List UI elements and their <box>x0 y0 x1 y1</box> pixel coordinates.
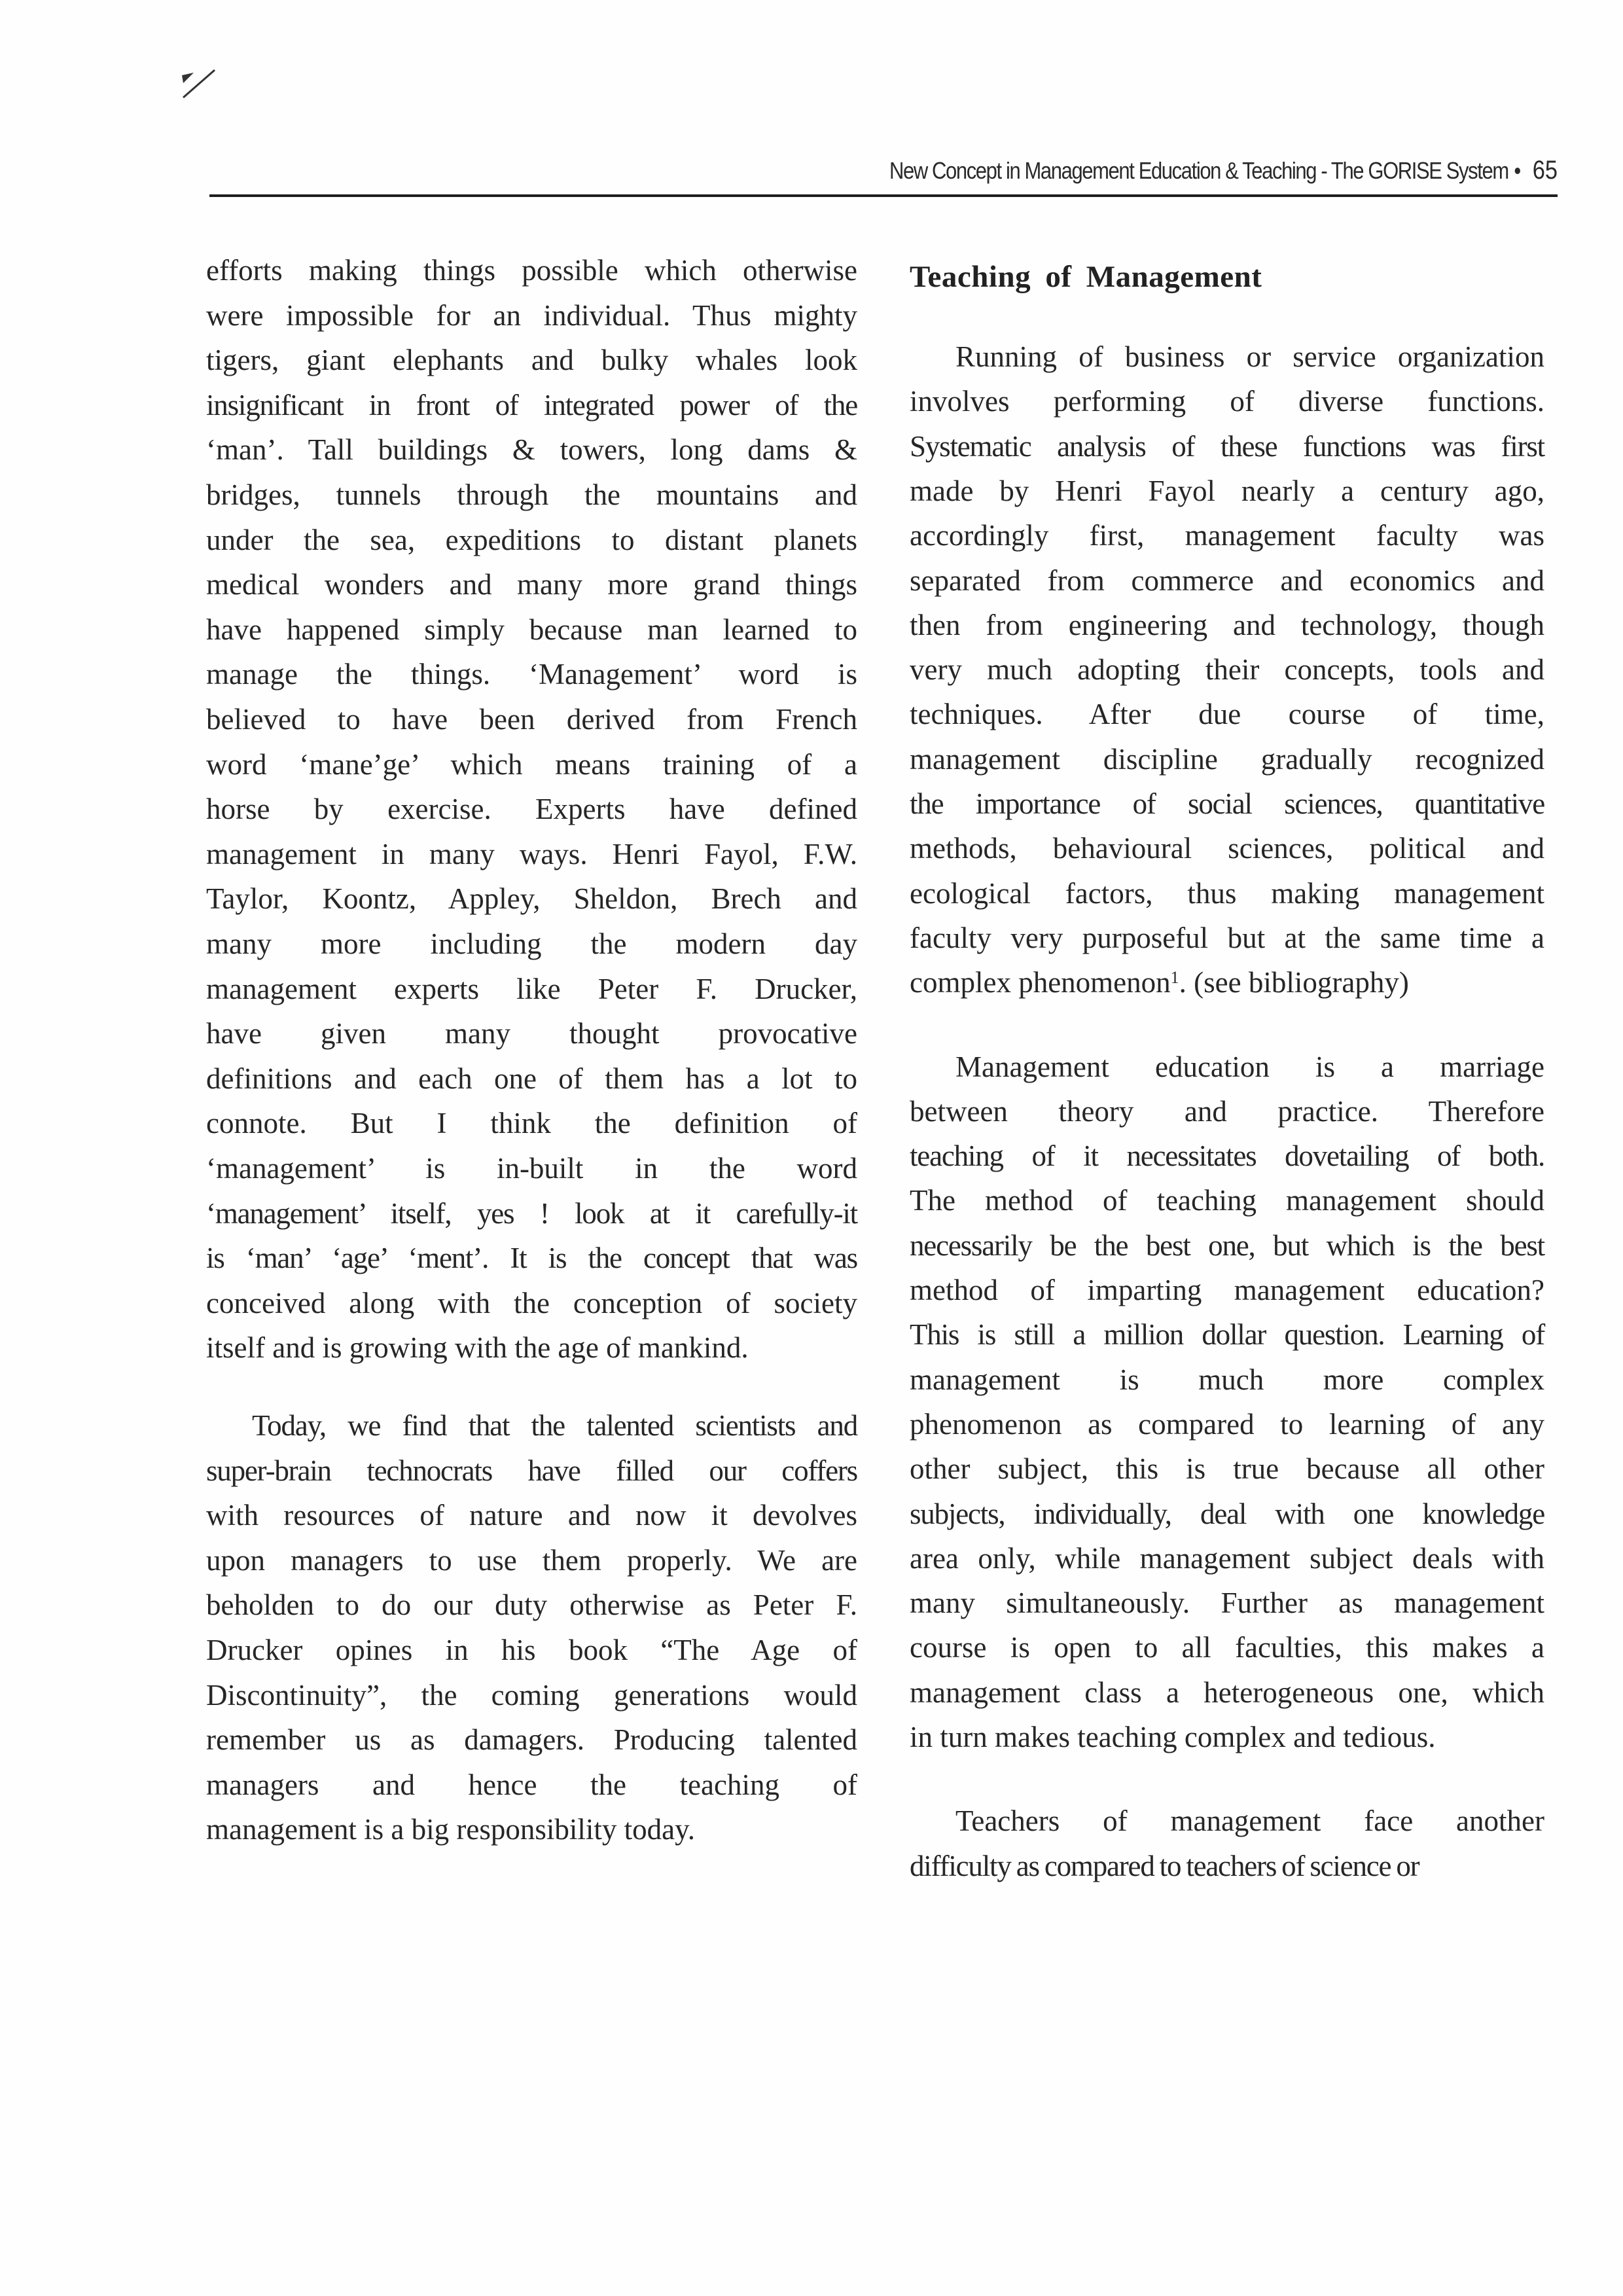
text-line: management experts like Peter F. Drucker… <box>206 969 857 1009</box>
text-line: were impossible for an individual. Thus … <box>206 296 857 335</box>
text-line: insignificant in front of integrated pow… <box>206 386 857 425</box>
text-line: then from engineering and technology, th… <box>910 605 1544 645</box>
text-line: accordingly first, management faculty wa… <box>910 516 1544 555</box>
text-line: super-brain technocrats have filled our … <box>206 1451 857 1490</box>
text-line: methods, behavioural sciences, political… <box>910 829 1544 868</box>
text-line: subjects, individually, deal with one kn… <box>910 1494 1544 1534</box>
text-line: ‘management’ is in-built in the word <box>206 1149 857 1188</box>
text-line: itself and is growing with the age of ma… <box>206 1328 857 1367</box>
text-line: Discontinuity”, the coming generations w… <box>206 1676 857 1715</box>
text-line: area only, while management subject deal… <box>910 1539 1544 1578</box>
text-line: efforts making things possible which oth… <box>206 251 857 290</box>
text-line: believed to have been derived from Frenc… <box>206 700 857 739</box>
text-line: method of imparting management education… <box>910 1270 1544 1310</box>
scan-mark-icon <box>177 69 223 101</box>
text-line: beholden to do our duty otherwise as Pet… <box>206 1585 857 1624</box>
text-line: word ‘mane’ge’ which means training of a <box>206 745 857 784</box>
text-line: tigers, giant elephants and bulky whales… <box>206 340 857 380</box>
text-line: between theory and practice. Therefore <box>910 1092 1544 1131</box>
text-line: ecological factors, thus making manageme… <box>910 874 1544 913</box>
running-header: New Concept in Management Education & Te… <box>398 156 1558 195</box>
text-line: complex phenomenon1. (see bibliography) <box>910 963 1544 1002</box>
text-line: Running of business or service organizat… <box>910 337 1544 376</box>
text-line: management class a heterogeneous one, wh… <box>910 1673 1544 1712</box>
text-line: under the sea, expeditions to distant pl… <box>206 520 857 560</box>
text-line: faculty very purposeful but at the same … <box>910 918 1544 958</box>
text-line: with resources of nature and now it devo… <box>206 1496 857 1535</box>
text-line: involves performing of diverse functions… <box>910 382 1544 421</box>
text-line: Management education is a marriage <box>910 1047 1544 1086</box>
bibliography-reference: . (see bibliography) <box>1179 966 1409 999</box>
text-line: ‘management’ itself, yes ! look at it ca… <box>206 1194 857 1233</box>
text-line: This is still a million dollar question.… <box>910 1315 1544 1354</box>
text-line: medical wonders and many more grand thin… <box>206 565 857 604</box>
footnote-marker: 1 <box>1171 968 1179 987</box>
text-line: Drucker opines in his book “The Age of <box>206 1630 857 1670</box>
text-line: techniques. After due course of time, <box>910 694 1544 734</box>
text-line: connote. But I think the definition of <box>206 1103 857 1143</box>
text-line: phenomenon as compared to learning of an… <box>910 1405 1544 1444</box>
text-line: upon managers to use them properly. We a… <box>206 1541 857 1580</box>
text-line: very much adopting their concepts, tools… <box>910 650 1544 689</box>
header-rule <box>209 194 1558 197</box>
text-line: remember us as damagers. Producing talen… <box>206 1720 857 1759</box>
text-line: management is a big responsibility today… <box>206 1810 857 1849</box>
text-line: separated from commerce and economics an… <box>910 561 1544 600</box>
text-line: Taylor, Koontz, Appley, Sheldon, Brech a… <box>206 879 857 918</box>
text-line: difficulty as compared to teachers of sc… <box>910 1846 1544 1886</box>
text-line: managers and hence the teaching of <box>206 1765 857 1804</box>
text-line: management discipline gradually recogniz… <box>910 740 1544 779</box>
bullet-separator-icon: • <box>1514 157 1520 185</box>
text-line: bridges, tunnels through the mountains a… <box>206 475 857 514</box>
text-line: The method of teaching management should <box>910 1181 1544 1220</box>
text-line: have given many thought provocative <box>206 1014 857 1053</box>
text-line: Teachers of management face another <box>910 1801 1544 1840</box>
text-line: course is open to all faculties, this ma… <box>910 1628 1544 1667</box>
text-line: horse by exercise. Experts have defined <box>206 789 857 829</box>
text-line: have happened simply because man learned… <box>206 610 857 649</box>
text-line: teaching of it necessitates dovetailing … <box>910 1136 1544 1175</box>
text-line: conceived along with the conception of s… <box>206 1283 857 1323</box>
text-line: Today, we find that the talented scienti… <box>206 1406 857 1445</box>
text-line: many simultaneously. Further as manageme… <box>910 1583 1544 1623</box>
text-line: is ‘man’ ‘age’ ‘ment’. It is the concept… <box>206 1238 857 1278</box>
text-line: many more including the modern day <box>206 924 857 963</box>
text-line: manage the things. ‘Management’ word is <box>206 655 857 694</box>
text-line: in turn makes teaching complex and tedio… <box>910 1717 1544 1757</box>
page-number: 65 <box>1533 156 1558 185</box>
text-line: management is much more complex <box>910 1360 1544 1399</box>
text-line: Systematic analysis of these functions w… <box>910 427 1544 466</box>
running-title: New Concept in Management Education & Te… <box>889 157 1508 184</box>
section-heading: Teaching of Management <box>910 259 1262 295</box>
text-line: definitions and each one of them has a l… <box>206 1059 857 1098</box>
text-line: necessarily be the best one, but which i… <box>910 1226 1544 1265</box>
text-line: made by Henri Fayol nearly a century ago… <box>910 471 1544 511</box>
text-line: other subject, this is true because all … <box>910 1449 1544 1488</box>
text-line: the importance of social sciences, quant… <box>910 784 1544 823</box>
document-page: New Concept in Management Education & Te… <box>0 0 1623 2296</box>
text-line: ‘man’. Tall buildings & towers, long dam… <box>206 430 857 469</box>
text-line: management in many ways. Henri Fayol, F.… <box>206 834 857 874</box>
